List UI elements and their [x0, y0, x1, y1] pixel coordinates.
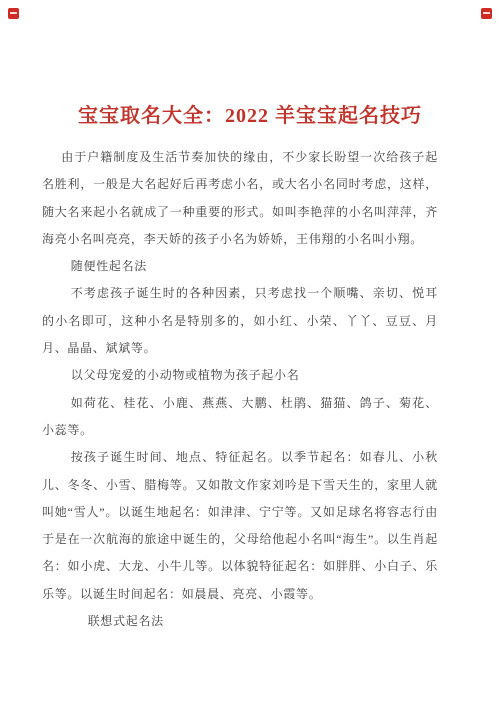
paragraph: 按孩子诞生时间、地点、特征起名。以季节起名：如春儿、小秋儿、冬冬、小雪、腊梅等。… — [42, 444, 438, 608]
corner-logo-icon-right — [481, 8, 492, 19]
document-page: 宝宝取名大全：2022 羊宝宝起名技巧 由于户籍制度及生活节奏加快的缘由，不少家… — [0, 0, 500, 707]
paragraph: 联想式起名法 — [42, 608, 438, 635]
paragraph: 不考虑孩子诞生时的各种因素，只考虑找一个顺嘴、亲切、悦耳的小名即可，这种小名是特… — [42, 280, 438, 362]
corner-logo-icon-left — [8, 8, 19, 19]
document-body: 由于户籍制度及生活节奏加快的缘由，不少家长盼望一次给孩子起名胜利，一般是大名起好… — [42, 144, 438, 635]
document-title: 宝宝取名大全：2022 羊宝宝起名技巧 — [0, 99, 500, 128]
paragraph: 由于户籍制度及生活节奏加快的缘由，不少家长盼望一次给孩子起名胜利，一般是大名起好… — [42, 144, 438, 253]
paragraph: 随便性起名法 — [42, 253, 438, 280]
paragraph: 以父母宠爱的小动物或植物为孩子起小名 — [42, 362, 438, 389]
paragraph: 如荷花、桂花、小鹿、燕燕、大鹏、杜鹃、猫猫、鸽子、菊花、小蕊等。 — [42, 390, 438, 445]
